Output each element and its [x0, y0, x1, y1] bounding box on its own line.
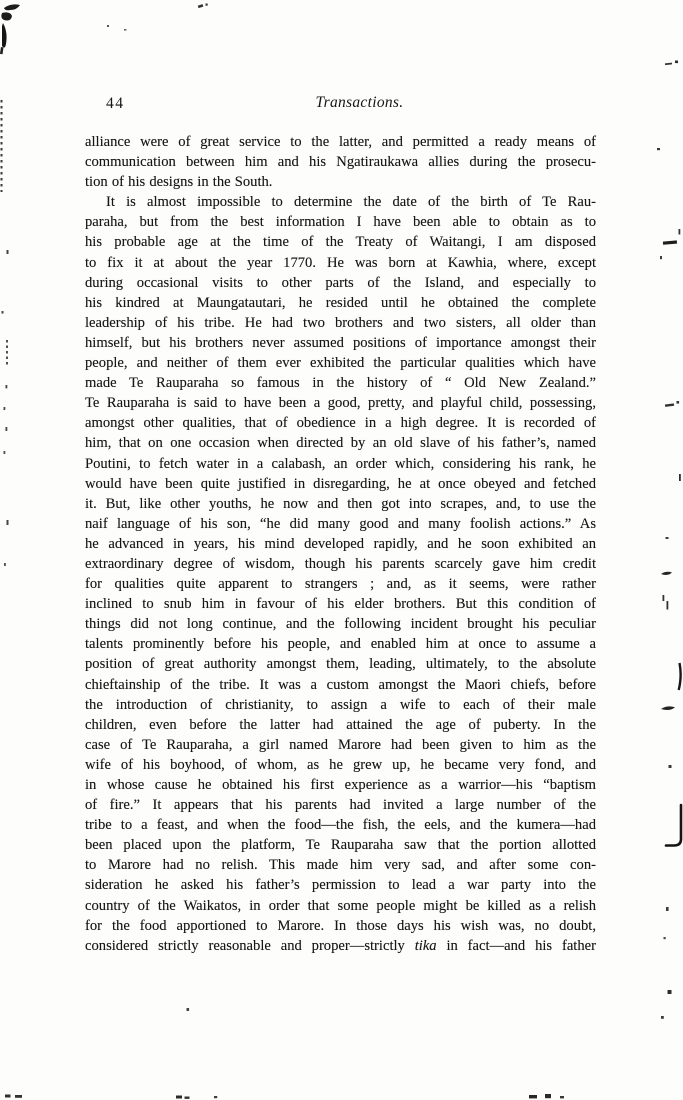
running-header: Transactions. [85, 94, 596, 112]
body-text-line: Poutini, to fetch water in a calabash, a… [85, 454, 596, 474]
body-text-line: case of Te Rauparaha, a girl named Maror… [85, 735, 596, 755]
body-text-line: his kindred at Maungatautari, he resided… [85, 293, 596, 313]
body-text-line: people, and neither of them ever exhibit… [85, 353, 596, 373]
body-text-line: of fire.” It appears that his parents ha… [85, 795, 596, 815]
body-text-line: things did not long continue, and the fo… [85, 614, 596, 634]
body-text-line: to Marore had no relish. This made him v… [85, 855, 596, 875]
body-text-line: country of the Waikatos, in order that s… [85, 896, 596, 916]
body-text-line: sideration he asked his father’s permiss… [85, 875, 596, 895]
body-text-line: chieftainship of the tribe. It was a cus… [85, 675, 596, 695]
body-text-line: him, that on one occasion when directed … [85, 433, 596, 453]
body-text-line: would have been quite justified in disre… [85, 474, 596, 494]
body-text-line: naif language of his son, “he did many g… [85, 514, 596, 534]
body-text-line: tribe to a feast, and when the food—the … [85, 815, 596, 835]
body-text-line: made Te Rauparaha so famous in the histo… [85, 373, 596, 393]
body-text-line: Te Rauparaha is said to have been a good… [85, 393, 596, 413]
text-segment: in fact—and his father [437, 938, 596, 954]
body-text-line: alliance were of great service to the la… [85, 132, 596, 152]
body-text-line: tion of his designs in the South. [85, 172, 596, 192]
body-text-line: paraha, but from the best information I … [85, 212, 596, 232]
body-text-line: he advanced in years, his mind developed… [85, 534, 596, 554]
body-text-line: extraordinary degree of wisdom, though h… [85, 554, 596, 574]
body-text-line: communication between him and his Ngatir… [85, 152, 596, 172]
body-text-line: position of great authority amongst them… [85, 654, 596, 674]
body-text-line: to fix it at about the year 1770. He was… [85, 253, 596, 273]
body-text-line: in whose cause he obtained his first exp… [85, 775, 596, 795]
body-text-line: inclined to snub him in favour of his el… [85, 594, 596, 614]
body-text-line: for the food apportioned to Marore. In t… [85, 916, 596, 936]
body-text-line: himself, but his brothers never assumed … [85, 333, 596, 353]
body-text-line: his probable age at the time of the Trea… [85, 232, 596, 252]
body-text-line: It is almost impossible to determine the… [85, 192, 596, 212]
body-text-line: wife of his boyhood, of whom, as he grew… [85, 755, 596, 775]
body-text-line: it. But, like other youths, he now and t… [85, 494, 596, 514]
body-text-line: talents prominently before his people, a… [85, 634, 596, 654]
italic-term: tika [415, 938, 437, 954]
body-text-line: children, even before the latter had att… [85, 715, 596, 735]
body-text-line: leadership of his tribe. He had two brot… [85, 313, 596, 333]
body-text-line: during occasional visits to other parts … [85, 273, 596, 293]
body-text-line: amongst other qualities, that of obedien… [85, 413, 596, 433]
body-text-line: for qualities quite apparent to stranger… [85, 574, 596, 594]
body-text-line: considered strictly reasonable and prope… [85, 936, 596, 956]
text-segment: considered strictly reasonable and prope… [85, 938, 415, 954]
body-text: alliance were of great service to the la… [85, 132, 596, 956]
page-header: 44 Transactions. [85, 94, 596, 116]
body-text-line: the introduction of christianity, to ass… [85, 695, 596, 715]
body-text-line: been placed upon the platform, Te Raupar… [85, 835, 596, 855]
scanned-book-page: 44 Transactions. alliance were of great … [0, 0, 683, 1100]
